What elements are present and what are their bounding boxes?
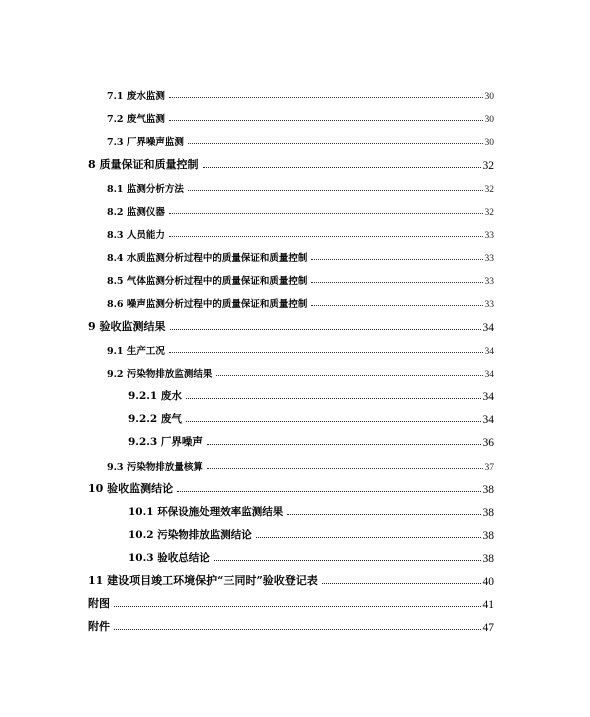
toc-entry-label: 8.6 噪声监测分析过程中的质量保证和质量控制 <box>107 296 309 310</box>
toc-entry-page-number: 32 <box>485 185 495 195</box>
toc-entry-title: 监测仪器 <box>127 207 165 218</box>
toc-entry[interactable]: 8.3 人员能力33 <box>88 223 494 241</box>
toc-entry-label: 7.1 废水监测 <box>107 88 167 102</box>
toc-entry-title: 人员能力 <box>127 230 165 241</box>
toc-entry-number: 8.1 <box>107 184 124 195</box>
toc-entry-label: 8.2 监测仪器 <box>107 204 167 218</box>
toc-entry[interactable]: 7.2 废气监测30 <box>88 107 494 125</box>
toc-entry-number: 10.2 <box>128 529 154 541</box>
dot-leader <box>114 605 481 607</box>
toc-entry-label: 7.3 厂界噪声监测 <box>107 134 186 148</box>
toc-entry-title: 附图 <box>88 597 110 610</box>
dot-leader <box>203 166 481 168</box>
toc-entry-page-number: 38 <box>483 507 495 519</box>
toc-entry-title: 生产工况 <box>127 346 165 357</box>
dot-leader <box>188 142 483 144</box>
toc-entry-label: 9.2 污染物排放监测结果 <box>107 366 214 380</box>
toc-entry-label: 9.2.2 废气 <box>128 411 184 426</box>
toc-entry-page-number: 41 <box>483 599 495 611</box>
toc-entry-label: 10.1 环保设施处理效率监测结果 <box>128 504 285 519</box>
toc-entry-title: 厂界噪声监测 <box>127 137 184 148</box>
toc-entry-label: 8 质量保证和质量控制 <box>88 156 201 172</box>
toc-entry-number: 9.1 <box>107 346 124 357</box>
toc-entry-title: 水质监测分析过程中的质量保证和质量控制 <box>127 253 308 264</box>
toc-entry-label: 8.1 监测分析方法 <box>107 181 186 195</box>
toc-entry-label: 10.2 污染物排放监测结论 <box>128 527 254 542</box>
toc-entry[interactable]: 9.2.1 废水34 <box>88 385 494 403</box>
toc-entry-page-number: 30 <box>485 138 495 148</box>
toc-entry[interactable]: 8.1 监测分析方法32 <box>88 177 494 195</box>
dot-leader <box>287 513 480 515</box>
dot-leader <box>186 397 481 399</box>
dot-leader <box>169 351 483 353</box>
toc-entry-page-number: 33 <box>485 300 495 310</box>
toc-entry[interactable]: 8 质量保证和质量控制32 <box>88 154 494 172</box>
dot-leader <box>170 328 481 330</box>
toc-entry-label: 9.2.1 废水 <box>128 388 184 403</box>
toc-entry[interactable]: 9.2.2 废气34 <box>88 408 494 426</box>
toc-entry-title: 废水 <box>161 390 182 402</box>
toc-entry[interactable]: 10 验收监测结论38 <box>88 478 494 496</box>
toc-entry[interactable]: 10.2 污染物排放监测结论38 <box>88 524 494 542</box>
toc-entry-number: 7.2 <box>107 114 124 125</box>
toc-entry-label: 8.3 人员能力 <box>107 227 167 241</box>
dot-leader <box>169 96 483 98</box>
dot-leader <box>256 536 481 538</box>
toc-entry-page-number: 32 <box>483 160 495 172</box>
toc-entry-number: 10 <box>88 482 103 495</box>
toc-entry[interactable]: 9.3 污染物排放量核算37 <box>88 455 494 473</box>
dot-leader <box>169 235 483 237</box>
toc-entry-page-number: 34 <box>483 322 495 334</box>
toc-entry-page-number: 33 <box>485 277 495 287</box>
dot-leader <box>114 628 481 630</box>
toc-entry-title: 噪声监测分析过程中的质量保证和质量控制 <box>127 299 308 310</box>
toc-entry-number: 8.4 <box>107 253 124 264</box>
toc-entry[interactable]: 8.2 监测仪器32 <box>88 200 494 218</box>
toc-entry-label: 10 验收监测结论 <box>88 480 175 496</box>
toc-entry-number: 9.3 <box>107 462 124 473</box>
toc-entry-page-number: 34 <box>485 347 495 357</box>
toc-entry-page-number: 34 <box>485 370 495 380</box>
toc-entry-label: 9.3 污染物排放量核算 <box>107 459 205 473</box>
toc-entry-page-number: 38 <box>483 484 495 496</box>
toc-entry-number: 9.2.1 <box>128 390 157 402</box>
toc-entry-page-number: 32 <box>485 208 495 218</box>
toc-entry-title: 废水监测 <box>127 91 165 102</box>
toc-entry[interactable]: 10.1 环保设施处理效率监测结果38 <box>88 501 494 519</box>
dot-leader <box>207 467 483 469</box>
toc-entry[interactable]: 9.2 污染物排放监测结果34 <box>88 362 494 380</box>
toc-entry-number: 8.3 <box>107 230 124 241</box>
toc-entry[interactable]: 8.5 气体监测分析过程中的质量保证和质量控制33 <box>88 269 494 287</box>
toc-entry-number: 7.3 <box>107 137 124 148</box>
dot-leader <box>188 189 483 191</box>
toc-entry-number: 9.2.3 <box>128 436 157 448</box>
toc-entry-title: 验收监测结果 <box>100 320 166 333</box>
toc-entry-title: 验收监测结论 <box>107 482 173 495</box>
toc-entry[interactable]: 附件47 <box>88 616 494 634</box>
toc-entry-number: 8.6 <box>107 299 124 310</box>
toc-entry-label: 附图 <box>88 595 112 611</box>
toc-entry-label: 9.2.3 厂界噪声 <box>128 434 205 449</box>
toc-entry-title: 验收总结论 <box>157 552 210 564</box>
toc-entry[interactable]: 10.3 验收总结论38 <box>88 547 494 565</box>
toc-entry-number: 9 <box>88 320 96 333</box>
dot-leader <box>177 490 480 492</box>
toc-entry-page-number: 30 <box>485 92 495 102</box>
toc-entry-title: 建设项目竣工环境保护“三同时”验收登记表 <box>107 574 318 587</box>
toc-entry-number: 8.2 <box>107 207 124 218</box>
toc-entry-page-number: 34 <box>483 391 495 403</box>
toc-entry-page-number: 30 <box>485 115 495 125</box>
toc-entry-page-number: 37 <box>485 463 495 473</box>
toc-entry-label: 11 建设项目竣工环境保护“三同时”验收登记表 <box>88 572 320 588</box>
toc-entry-title: 污染物排放监测结果 <box>127 369 213 380</box>
dot-leader <box>311 258 482 260</box>
toc-entry-page-number: 38 <box>483 530 495 542</box>
toc-entry[interactable]: 11 建设项目竣工环境保护“三同时”验收登记表40 <box>88 570 494 588</box>
toc-entry-page-number: 33 <box>485 231 495 241</box>
toc-entry[interactable]: 7.3 厂界噪声监测30 <box>88 130 494 148</box>
toc-entry-label: 10.3 验收总结论 <box>128 550 212 565</box>
dot-leader <box>322 582 481 584</box>
toc-entry-label: 8.4 水质监测分析过程中的质量保证和质量控制 <box>107 250 309 264</box>
dot-leader <box>214 559 481 561</box>
toc-entry-title: 厂界噪声 <box>161 436 203 448</box>
toc-entry[interactable]: 9 验收监测结果34 <box>88 316 494 334</box>
toc-entry-title: 气体监测分析过程中的质量保证和质量控制 <box>127 276 308 287</box>
toc-entry-number: 10.1 <box>128 506 154 518</box>
toc-entry[interactable]: 9.2.3 厂界噪声36 <box>88 431 494 449</box>
toc-entry-number: 8 <box>88 158 96 171</box>
toc-entry-label: 9.1 生产工况 <box>107 343 167 357</box>
toc-entry-page-number: 36 <box>483 437 495 449</box>
toc-entry-title: 附件 <box>88 620 110 633</box>
dot-leader <box>216 374 482 376</box>
toc-entry-number: 7.1 <box>107 91 124 102</box>
toc-entry-page-number: 47 <box>483 622 495 634</box>
toc-entry-title: 监测分析方法 <box>127 184 184 195</box>
toc-entry-title: 废气 <box>161 413 182 425</box>
dot-leader <box>207 443 481 445</box>
toc-entry-title: 污染物排放量核算 <box>127 462 203 473</box>
toc-entry-page-number: 34 <box>483 414 495 426</box>
toc-entry-number: 11 <box>88 574 103 587</box>
toc-entry[interactable]: 9.1 生产工况34 <box>88 339 494 357</box>
toc-entry-title: 污染物排放监测结论 <box>157 529 252 541</box>
toc-entry[interactable]: 8.6 噪声监测分析过程中的质量保证和质量控制33 <box>88 292 494 310</box>
toc-entry-number: 9.2.2 <box>128 413 157 425</box>
dot-leader <box>169 212 483 214</box>
toc-entry-number: 9.2 <box>107 369 124 380</box>
toc-entry-title: 废气监测 <box>127 114 165 125</box>
dot-leader <box>186 420 481 422</box>
toc-entry-page-number: 40 <box>483 576 495 588</box>
toc-entry[interactable]: 7.1 废水监测30 <box>88 84 494 102</box>
dot-leader <box>311 281 482 283</box>
toc-entry[interactable]: 附图41 <box>88 593 494 611</box>
toc-entry[interactable]: 8.4 水质监测分析过程中的质量保证和质量控制33 <box>88 246 494 264</box>
toc-entry-label: 附件 <box>88 618 112 634</box>
toc-entry-title: 环保设施处理效率监测结果 <box>157 506 283 518</box>
toc-entry-page-number: 33 <box>485 254 495 264</box>
toc-entry-label: 8.5 气体监测分析过程中的质量保证和质量控制 <box>107 273 309 287</box>
toc-entry-label: 7.2 废气监测 <box>107 111 167 125</box>
toc-entry-title: 质量保证和质量控制 <box>100 158 199 171</box>
toc-entry-number: 10.3 <box>128 552 154 564</box>
dot-leader <box>169 119 483 121</box>
toc-entry-label: 9 验收监测结果 <box>88 318 168 334</box>
toc-entry-number: 8.5 <box>107 276 124 287</box>
toc-entry-page-number: 38 <box>483 553 495 565</box>
dot-leader <box>311 304 482 306</box>
